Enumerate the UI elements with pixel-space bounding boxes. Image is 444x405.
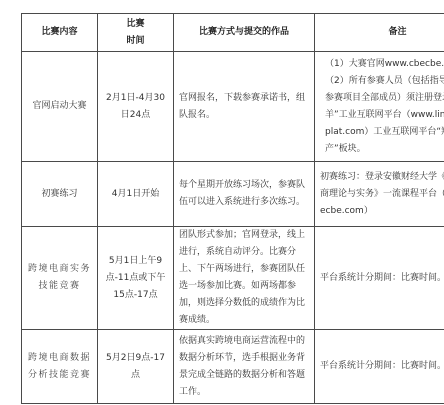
note-line: 平台系统计分期间：比赛时间。 xyxy=(320,270,444,287)
note-line: （2）所有参赛人员（包括指导老师和参赛项目全部成员）须注册登录“羚羊”工业互联网… xyxy=(320,73,444,158)
header-content: 比赛内容 xyxy=(22,14,98,52)
row-notes: 初赛练习：登录安徽财经大学《跨境电商理论与实务》一流课程平台（yx.cbecbe… xyxy=(315,162,444,227)
row-time: 2月1日-4月30日24点 xyxy=(98,52,174,162)
row-content: 跨境电商数据分析技能竞赛 xyxy=(22,330,98,404)
header-time-line-1: 比赛 xyxy=(103,16,168,33)
table-row: 跨境电商实务技能竞赛 5月1日上午9点-11点或下午15点-17点 团队形式参加… xyxy=(22,227,444,330)
row-method: 每个星期开放练习场次，参赛队伍可以进入系统进行多次练习。 xyxy=(174,162,315,227)
row-time: 5月1日上午9点-11点或下午15点-17点 xyxy=(98,227,174,330)
header-method: 比赛方式与提交的作品 xyxy=(174,14,315,52)
row-method: 依据真实跨境电商运营流程中的数据分析环节，选手根据业务背景完成全链路的数据分析和… xyxy=(174,330,315,404)
table-row: 初赛练习 4月1日开始 每个星期开放练习场次，参赛队伍可以进入系统进行多次练习。… xyxy=(22,162,444,227)
row-notes: 平台系统计分期间：比赛时间。 xyxy=(315,330,444,404)
row-notes: （1）大赛官网www.cbecbe.com。 （2）所有参赛人员（包括指导老师和… xyxy=(315,52,444,162)
row-notes: 平台系统计分期间：比赛时间。 xyxy=(315,227,444,330)
row-content: 初赛练习 xyxy=(22,162,98,227)
row-content: 官网启动大赛 xyxy=(22,52,98,162)
table-row: 官网启动大赛 2月1日-4月30日24点 官网报名，下载参赛承诺书，组队报名。 … xyxy=(22,52,444,162)
header-notes: 备注 xyxy=(315,14,444,52)
row-time: 5月2日9点-17点 xyxy=(98,330,174,404)
note-line: （1）大赛官网www.cbecbe.com。 xyxy=(320,56,444,73)
table-row: 跨境电商数据分析技能竞赛 5月2日9点-17点 依据真实跨境电商运营流程中的数据… xyxy=(22,330,444,404)
note-line: 平台系统计分期间：比赛时间。 xyxy=(320,358,444,375)
row-content: 跨境电商实务技能竞赛 xyxy=(22,227,98,330)
row-method: 团队形式参加；官网登录，线上进行，系统自动评分。比赛分上、下午两场进行，参赛团队… xyxy=(174,227,315,330)
row-time: 4月1日开始 xyxy=(98,162,174,227)
table-header-row: 比赛内容 比赛 时间 比赛方式与提交的作品 备注 xyxy=(22,14,444,52)
header-time-line-2: 时间 xyxy=(103,33,168,50)
header-time: 比赛 时间 xyxy=(98,14,174,52)
note-line: 初赛练习：登录安徽财经大学《跨境电商理论与实务》一流课程平台（yx.cbecbe… xyxy=(320,169,444,220)
row-method: 官网报名，下载参赛承诺书，组队报名。 xyxy=(174,52,315,162)
contest-schedule-table: 比赛内容 比赛 时间 比赛方式与提交的作品 备注 官网启动大赛 2月1日-4月3… xyxy=(21,13,444,404)
